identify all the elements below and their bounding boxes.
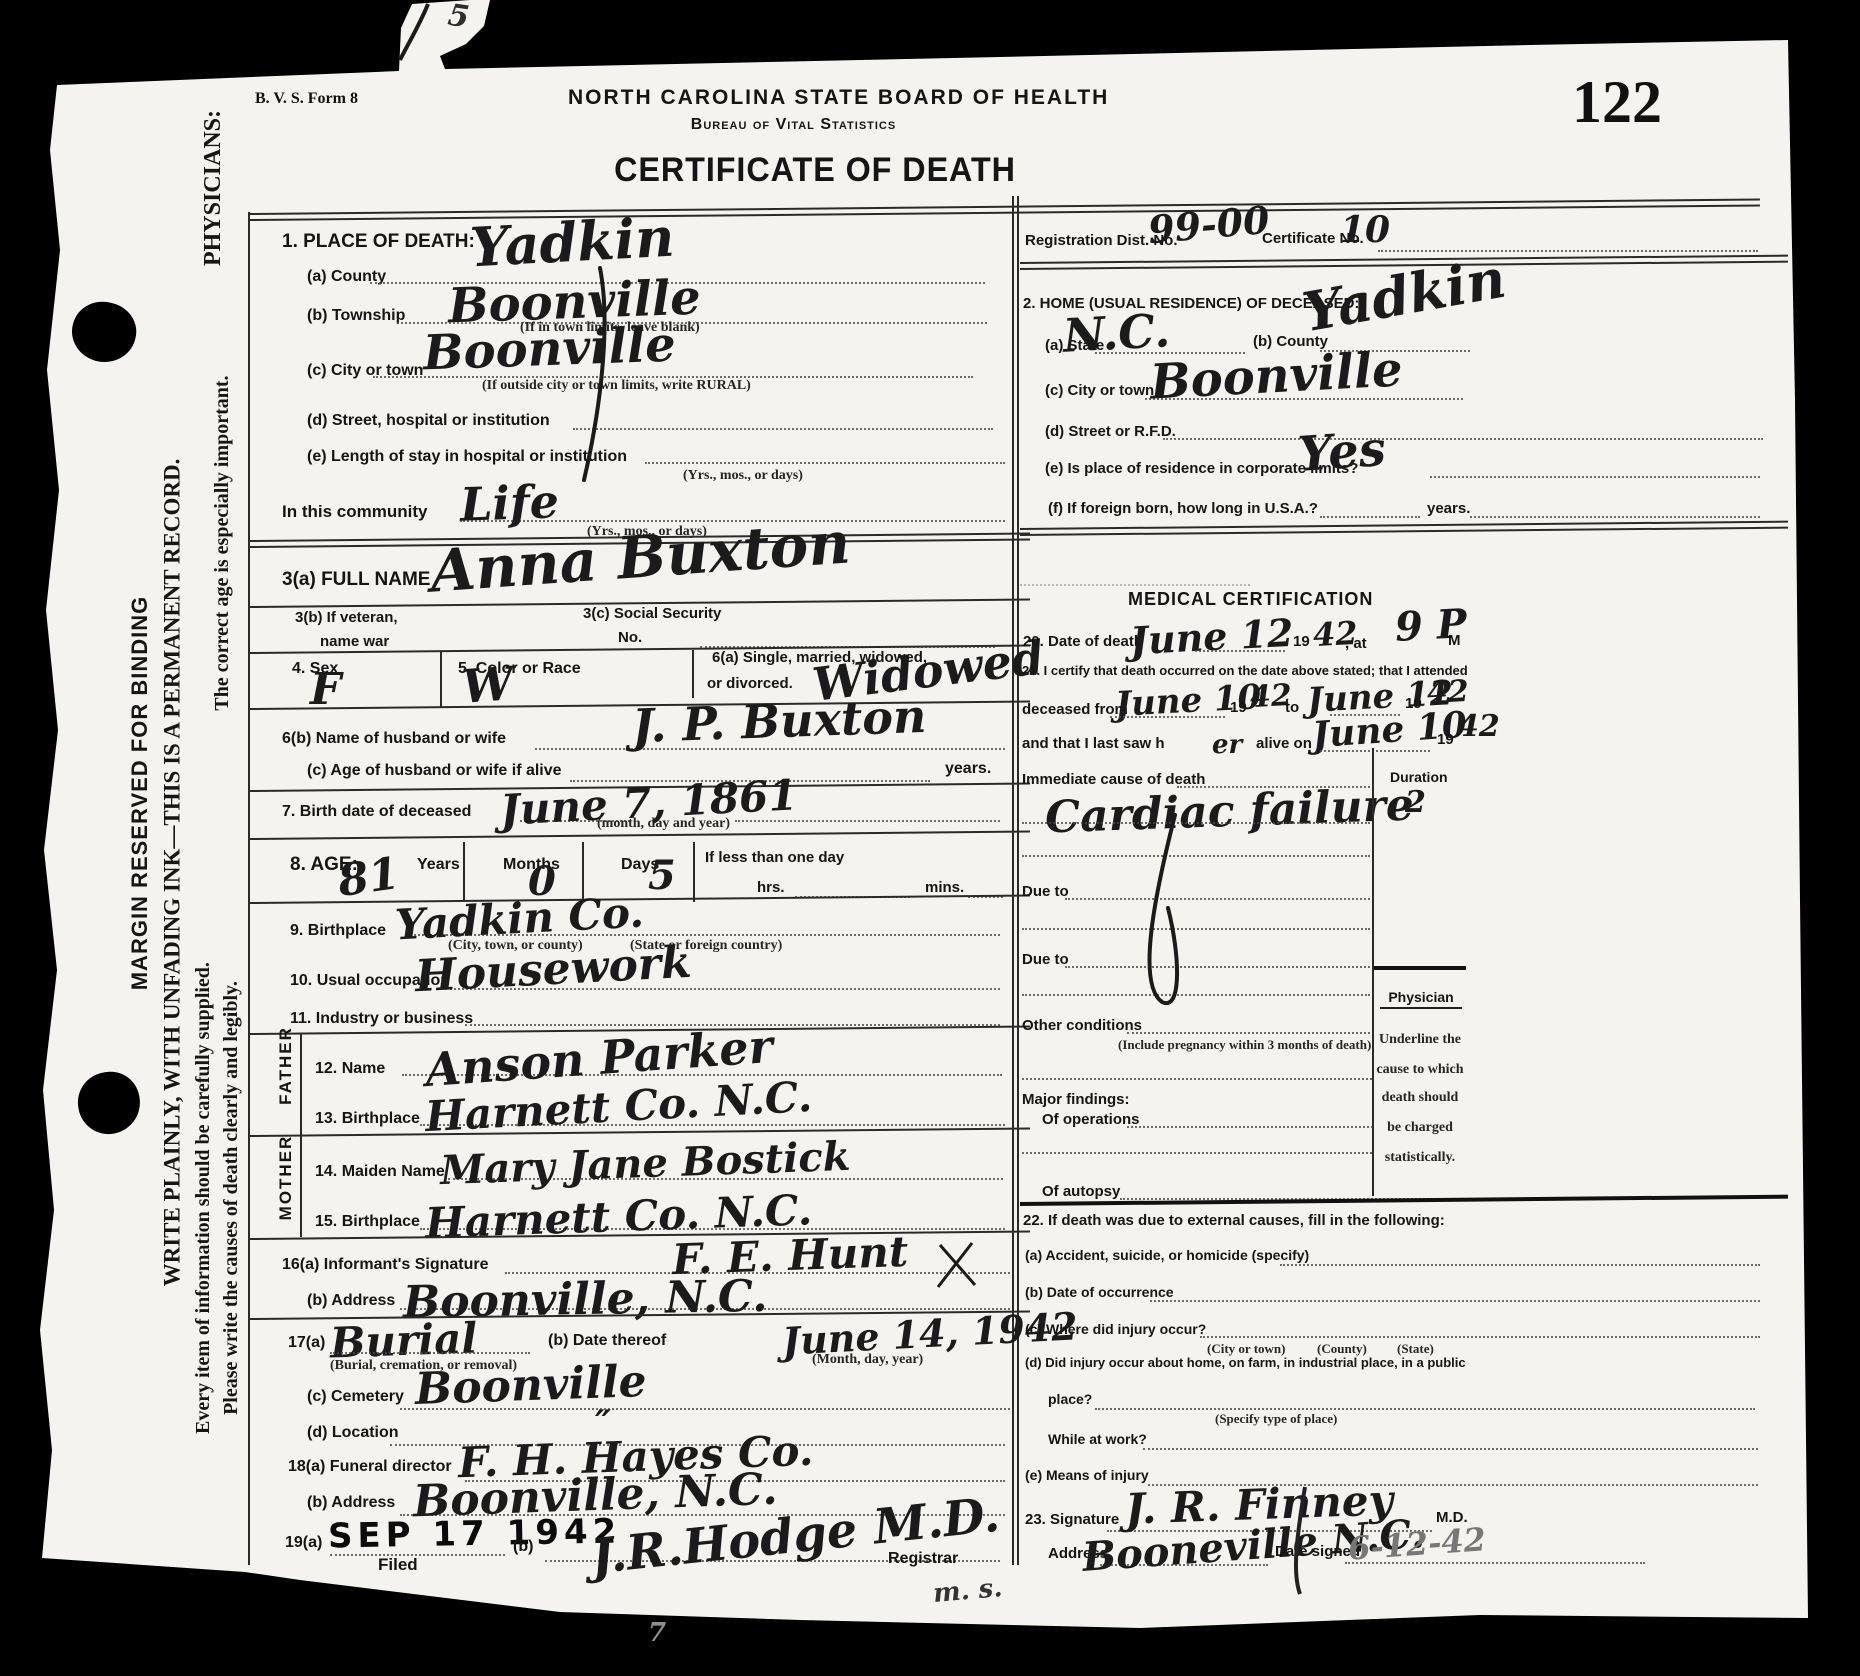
due-to-blank-line-1b — [1022, 928, 1370, 930]
date-of-death-label: 20. Date of death — [1023, 634, 1143, 651]
attended-from-blank-line — [1110, 716, 1225, 718]
age-years-handwriting: 81 — [335, 852, 402, 904]
birthplace-label: 9. Birthplace — [290, 922, 386, 940]
while-at-work-blank-line — [1143, 1448, 1758, 1450]
street-label: (d) Street, hospital or institution — [307, 412, 550, 430]
age-hrs-label: hrs. — [757, 880, 785, 897]
community-handwriting: Life — [459, 478, 559, 527]
certificate-page-number: 122 — [1572, 68, 1662, 137]
form-number: B. V. S. Form 8 — [255, 90, 358, 108]
findings-blank-line — [1022, 1078, 1372, 1080]
father-birthplace-label: 13. Birthplace — [315, 1110, 420, 1128]
place-of-death-title: 1. PLACE OF DEATH: — [282, 232, 475, 253]
funeral-address-label: (b) Address — [307, 1494, 395, 1512]
home-city-label: (c) City or town — [1045, 383, 1154, 400]
margin-binding-text: MARGIN RESERVED FOR BINDING — [129, 578, 151, 1008]
column-divider — [692, 650, 694, 698]
external-d-note: (Specify type of place) — [1215, 1412, 1337, 1426]
occupation-handwriting: Housework — [414, 941, 693, 999]
center-divider — [1012, 196, 1014, 1565]
external-b-blank-line — [1150, 1300, 1760, 1302]
board-title: NORTH CAROLINA STATE BOARD OF HEALTH — [568, 86, 1018, 109]
cause-blank-line-3 — [1022, 855, 1370, 857]
registrar-label: Registrar — [888, 1550, 958, 1568]
certificate-no-handwriting: 10 — [1340, 212, 1390, 248]
medical-certification-title: MEDICAL CERTIFICATION — [1128, 590, 1363, 610]
veteran-label-2: name war — [320, 634, 389, 651]
funeral-director-label: 18(a) Funeral director — [288, 1458, 452, 1476]
duration-handwriting: 2 — [1405, 788, 1426, 818]
last-saw-label: and that I last saw h — [1022, 736, 1165, 753]
margin-every-item-text: Every item of information should be care… — [193, 848, 213, 1548]
printed-19-d: 19 — [1437, 732, 1454, 749]
mother-maiden-handwriting: Mary Jane Bostick — [439, 1137, 851, 1191]
other-conditions-note: (Include pregnancy within 3 months of de… — [1118, 1038, 1371, 1052]
home-county-handwriting: Yadkin — [1299, 251, 1510, 340]
hole-punch-top — [65, 295, 142, 370]
home-street-blank-line — [1163, 438, 1763, 440]
years-label: years. — [945, 760, 991, 778]
spouse-handwriting: J. P. Buxton — [631, 693, 927, 749]
due-to-label-2: Due to — [1022, 952, 1069, 969]
faint-line — [1020, 584, 1250, 586]
underline-note-3: death should — [1374, 1090, 1466, 1105]
filed-label-19a: 19(a) — [285, 1534, 322, 1552]
certificate-title: CERTIFICATE OF DEATH — [611, 152, 1020, 189]
cemetery-handwriting: Boonville — [414, 1360, 647, 1412]
printed-19: 19 — [1293, 634, 1310, 651]
bureau-subtitle: Bureau of Vital Statistics — [667, 116, 920, 134]
m-label: M — [1448, 633, 1461, 650]
disposal-blank-line — [330, 1352, 530, 1354]
at-label: , at — [1345, 636, 1367, 653]
disposal-date-label: (b) Date thereof — [548, 1332, 666, 1350]
external-a-label: (a) Accident, suicide, or homicide (spec… — [1025, 1248, 1309, 1263]
external-d-label-2: place? — [1048, 1392, 1092, 1407]
underline-note-5: statistically. — [1374, 1150, 1466, 1165]
stay-label: (e) Length of stay in hospital or instit… — [307, 448, 627, 466]
home-street-label: (d) Street or R.F.D. — [1045, 424, 1176, 441]
industry-label: 11. Industry or business — [290, 1010, 473, 1028]
other-conditions-label: Other conditions — [1022, 1018, 1142, 1035]
margin-please-write-text: Please write the causes of death clearly… — [221, 848, 241, 1548]
mother-birthplace-label: 15. Birthplace — [315, 1213, 420, 1231]
certificate-paper: MARGIN RESERVED FOR BINDING WRITE PLAINL… — [0, 0, 1860, 1676]
birthdate-handwriting: June 7, 1861 — [499, 774, 798, 832]
marital-label-2: or divorced. — [707, 676, 793, 693]
underline-note-1: Underline the — [1374, 1032, 1466, 1047]
spouse-age-label: (c) Age of husband or wife if alive — [307, 762, 562, 780]
age-years-label: Years — [417, 856, 460, 874]
physician-box-rule — [1374, 966, 1466, 970]
registrar-note-handwriting: m. s. — [932, 1575, 1003, 1607]
of-autopsy-label: Of autopsy — [1042, 1184, 1120, 1201]
spouse-label: 6(b) Name of husband or wife — [282, 730, 506, 748]
external-c-blank-line — [1200, 1336, 1760, 1338]
filed-date-stamp: SEP 17 1942 — [328, 1513, 622, 1556]
mother-side-label: MOTHER — [277, 1130, 294, 1225]
filed-label: Filed — [378, 1556, 418, 1575]
external-d-label: (d) Did injury occur about home, on farm… — [1025, 1356, 1466, 1370]
physician-signature-label: 23. Signature — [1025, 1512, 1119, 1529]
fullname-label: 3(a) FULL NAME — [282, 570, 430, 591]
sex-handwriting: F — [310, 668, 341, 712]
alive-on-label: alive on — [1256, 736, 1312, 753]
father-name-label: 12. Name — [315, 1060, 385, 1078]
home-corporate-handwriting: Yes — [1296, 425, 1387, 479]
due-to-blank-line-1 — [1065, 898, 1370, 900]
age-mins-label: mins. — [925, 880, 964, 897]
veteran-label: 3(b) If veteran, — [295, 610, 398, 627]
home-foreign-blank-line — [1320, 516, 1420, 518]
underline-note-4: be charged — [1374, 1120, 1466, 1135]
home-city-handwriting: Boonville — [1149, 345, 1404, 406]
date-of-death-handwriting: June 12 — [1129, 614, 1294, 661]
external-causes-title: 22. If death was due to external causes,… — [1023, 1213, 1445, 1230]
cemetery-label: (c) Cemetery — [307, 1388, 404, 1406]
city-handwriting: Boonville — [422, 321, 676, 378]
ssn-label: 3(c) Social Security — [583, 606, 721, 623]
her-handwriting: er — [1212, 732, 1242, 758]
external-b-label: (b) Date of occurrence — [1025, 1285, 1174, 1300]
external-d-blank-line — [1095, 1408, 1755, 1410]
margin-physicians-text: PHYSICIANS: — [201, 88, 225, 288]
informant-address-label: (b) Address — [307, 1292, 395, 1310]
birthdate-label: 7. Birth date of deceased — [282, 803, 471, 821]
stay-note: (Yrs., mos., or days) — [683, 468, 803, 483]
due-to-label-1: Due to — [1022, 884, 1069, 901]
mother-maiden-label: 14. Maiden Name — [315, 1163, 445, 1181]
age-less-label: If less than one day — [705, 850, 844, 867]
home-corporate-blank-line — [1430, 476, 1760, 478]
filed-label-19b: (b) — [513, 1538, 533, 1556]
age-divider — [463, 842, 465, 902]
form-left-border — [248, 212, 250, 1565]
birthplace-handwriting: Yadkin Co. — [394, 892, 645, 947]
community-label: In this community — [282, 503, 427, 522]
date-of-death-blank-line — [1195, 650, 1285, 652]
father-side-label: FATHER — [277, 1018, 294, 1113]
margin-correct-age-text: The correct age is especially important. — [212, 283, 232, 803]
cause-blank-line-2 — [1022, 822, 1370, 824]
disposal-date-note: (Month, day, year) — [812, 1352, 923, 1367]
major-findings-label: Major findings: — [1022, 1092, 1130, 1109]
due-to-blank-line-2b — [1022, 994, 1370, 996]
due-to-blank-line-2 — [1065, 966, 1370, 968]
age-divider — [693, 842, 695, 902]
registration-dist-handwriting: 99-00 — [1147, 201, 1271, 249]
margin-permanent-record-text: WRITE PLAINLY, WITH UNFADING INK—THIS IS… — [161, 283, 184, 1463]
section-rule — [250, 831, 1030, 840]
top-pen-mark: 5 — [446, 1, 471, 34]
operations-blank-line — [1127, 1126, 1373, 1128]
findings-blank-line-2 — [1022, 1152, 1372, 1154]
ssn-label-2: No. — [618, 630, 642, 647]
location-label: (d) Location — [307, 1424, 399, 1442]
date-signed-handwriting: 6-12-42 — [1347, 1523, 1487, 1565]
street-blank-line — [573, 428, 993, 430]
city-note: (If outside city or town limits, write R… — [482, 378, 751, 393]
of-operations-label: Of operations — [1042, 1112, 1140, 1129]
scan-bottom-pen-mark: 7 — [648, 1620, 666, 1646]
immediate-cause-handwriting: Cardiac failure — [1044, 784, 1414, 841]
to-label: to — [1285, 700, 1299, 717]
center-divider-2 — [1017, 196, 1019, 1565]
other-conditions-blank-line — [1127, 1032, 1370, 1034]
column-divider — [440, 652, 442, 708]
external-section-rule — [1020, 1195, 1788, 1206]
last-saw-blank-line — [1320, 750, 1430, 752]
duration-label: Duration — [1390, 770, 1448, 785]
age-days-handwriting: 5 — [648, 856, 676, 896]
stay-blank-line — [645, 462, 1005, 464]
home-foreign-blank-line-2 — [1470, 516, 1760, 518]
external-c-label: (c) Where did injury occur? — [1025, 1322, 1206, 1337]
home-foreign-label: (f) If foreign born, how long in U.S.A.? — [1048, 501, 1318, 518]
home-years-label: years. — [1427, 501, 1470, 518]
informant-signature-label: 16(a) Informant's Signature — [282, 1256, 489, 1274]
county-handwriting: Yadkin — [469, 210, 676, 275]
hole-punch-bottom — [73, 1067, 145, 1139]
printed-19-b: 19 — [1230, 700, 1247, 717]
external-a-blank-line — [1280, 1264, 1760, 1266]
means-of-injury-label: (e) Means of injury — [1025, 1468, 1149, 1483]
last-saw-year-handwriting: 42 — [1458, 712, 1500, 742]
township-label: (b) Township — [307, 307, 405, 325]
race-handwriting: W — [460, 660, 515, 709]
underline-note-2: cause to which — [1374, 1062, 1466, 1077]
physician-label: Physician — [1380, 990, 1462, 1009]
certificate-no-blank-line — [1378, 250, 1758, 252]
while-at-work-label: While at work? — [1048, 1432, 1147, 1447]
disposal-label: 17(a) — [288, 1334, 325, 1352]
scanned-death-certificate: MARGIN RESERVED FOR BINDING WRITE PLAINL… — [0, 0, 1860, 1676]
